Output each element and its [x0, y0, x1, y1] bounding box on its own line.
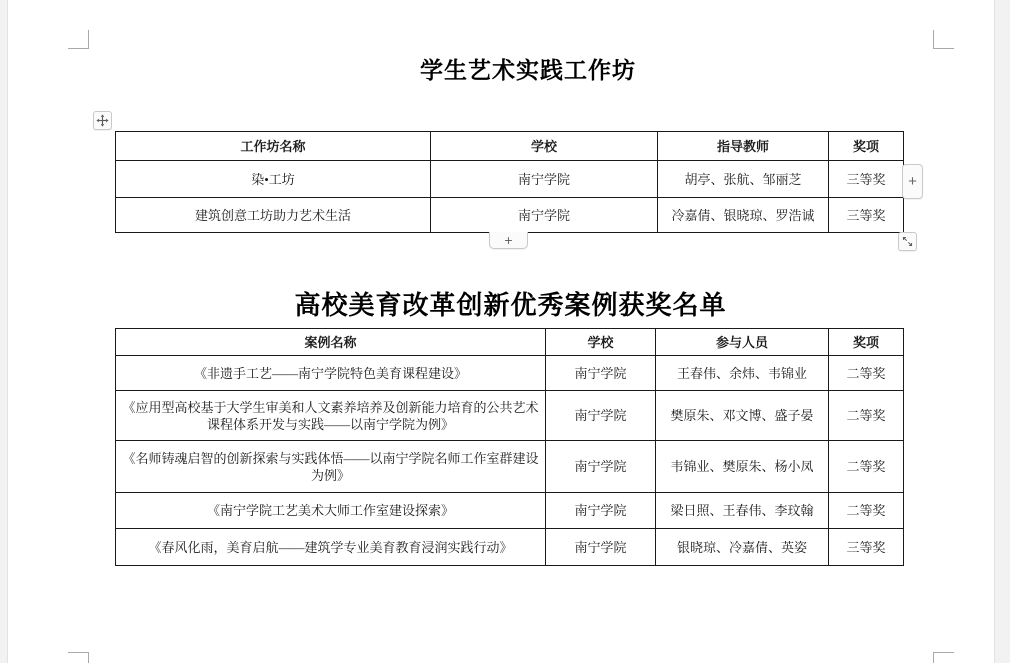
column-header[interactable]: 学校 — [431, 132, 658, 161]
column-header[interactable]: 奖项 — [829, 329, 904, 356]
table-cell[interactable]: 三等奖 — [829, 529, 904, 566]
table-cell[interactable]: 二等奖 — [829, 493, 904, 529]
add-row-button-label: + — [504, 232, 512, 248]
table-row: 《非遗手工艺——南宁学院特色美育课程建设》 南宁学院 王春伟、余炜、韦锦业 二等… — [116, 356, 904, 391]
document-title-cases[interactable]: 高校美育改革创新优秀案例获奖名单 — [88, 285, 933, 322]
table-cell[interactable]: 建筑创意工坊助力艺术生活 — [116, 198, 431, 233]
table-move-handle[interactable] — [93, 111, 112, 130]
add-column-button-label: + — [908, 173, 917, 190]
table-cell[interactable]: 王春伟、余炜、韦锦业 — [656, 356, 829, 391]
table-row: 《应用型高校基于大学生审美和人文素养培养及创新能力培育的公共艺术课程体系开发与实… — [116, 391, 904, 441]
table-header-row: 工作坊名称 学校 指导教师 奖项 — [116, 132, 904, 161]
column-header[interactable]: 案例名称 — [116, 329, 546, 356]
table-cell[interactable]: 梁日照、王春伟、李玟翰 — [656, 493, 829, 529]
case-awards-table: 案例名称 学校 参与人员 奖项 《非遗手工艺——南宁学院特色美育课程建设》 南宁… — [115, 328, 904, 566]
column-header[interactable]: 奖项 — [829, 132, 904, 161]
table-cell[interactable]: 南宁学院 — [546, 493, 656, 529]
page-edge-right — [994, 0, 1010, 663]
table-row: 建筑创意工坊助力艺术生活 南宁学院 冷嘉倩、银晓琼、罗浩诚 三等奖 — [116, 198, 904, 233]
table-cell[interactable]: 胡亭、张航、邹丽芝 — [658, 161, 829, 198]
table-cell[interactable]: 南宁学院 — [546, 391, 656, 441]
table-cell[interactable]: 韦锦业、樊原朱、杨小凤 — [656, 441, 829, 493]
table-cell[interactable]: 冷嘉倩、银晓琼、罗浩诚 — [658, 198, 829, 233]
column-header[interactable]: 学校 — [546, 329, 656, 356]
add-row-button[interactable]: + — [489, 232, 528, 249]
table-cell[interactable]: 《名师铸魂启智的创新探索与实践体悟——以南宁学院名师工作室群建设为例》 — [116, 441, 546, 493]
table-cell[interactable]: 三等奖 — [829, 198, 904, 233]
table-cell[interactable]: 南宁学院 — [546, 356, 656, 391]
table-row: 《春风化雨，美育启航——建筑学专业美育教育浸润实践行动》 南宁学院 银晓琼、冷嘉… — [116, 529, 904, 566]
table-cell[interactable]: 银晓琼、冷嘉倩、英姿 — [656, 529, 829, 566]
resize-diagonal-icon — [901, 235, 914, 248]
document-title-workshops[interactable]: 学生艺术实践工作坊 — [88, 52, 968, 85]
column-header[interactable]: 参与人员 — [656, 329, 829, 356]
table-cell[interactable]: 二等奖 — [829, 441, 904, 493]
table-cell[interactable]: 《春风化雨，美育启航——建筑学专业美育教育浸润实践行动》 — [116, 529, 546, 566]
table-cell[interactable]: 染•工坊 — [116, 161, 431, 198]
table-cell[interactable]: 《南宁学院工艺美术大师工作室建设探索》 — [116, 493, 546, 529]
table-cell[interactable]: 南宁学院 — [431, 198, 658, 233]
table-cell[interactable]: 《非遗手工艺——南宁学院特色美育课程建设》 — [116, 356, 546, 391]
column-header[interactable]: 指导教师 — [658, 132, 829, 161]
table-resize-handle[interactable] — [898, 232, 917, 251]
table-row: 染•工坊 南宁学院 胡亭、张航、邹丽芝 三等奖 — [116, 161, 904, 198]
workshop-awards-table: 工作坊名称 学校 指导教师 奖项 染•工坊 南宁学院 胡亭、张航、邹丽芝 三等奖… — [115, 131, 904, 233]
page-margin-mark-bottom-left — [68, 652, 89, 663]
table-cell[interactable]: 南宁学院 — [431, 161, 658, 198]
table-row: 《南宁学院工艺美术大师工作室建设探索》 南宁学院 梁日照、王春伟、李玟翰 二等奖 — [116, 493, 904, 529]
page-margin-mark-top-left — [68, 30, 89, 49]
table-cell[interactable]: 南宁学院 — [546, 529, 656, 566]
document-page: 学生艺术实践工作坊 工作坊名称 学校 指导教师 奖项 染•工坊 — [0, 0, 1010, 663]
page-margin-mark-top-right — [933, 30, 954, 49]
table-cell[interactable]: 樊原朱、邓文博、盛子晏 — [656, 391, 829, 441]
page-edge-left — [0, 0, 8, 663]
move-cross-icon — [96, 114, 109, 127]
table-cell[interactable]: 二等奖 — [829, 391, 904, 441]
table-header-row: 案例名称 学校 参与人员 奖项 — [116, 329, 904, 356]
add-column-button[interactable]: + — [902, 164, 923, 199]
table-cell[interactable]: 《应用型高校基于大学生审美和人文素养培养及创新能力培育的公共艺术课程体系开发与实… — [116, 391, 546, 441]
table-cell[interactable]: 三等奖 — [829, 161, 904, 198]
table-row: 《名师铸魂启智的创新探索与实践体悟——以南宁学院名师工作室群建设为例》 南宁学院… — [116, 441, 904, 493]
page-margin-mark-bottom-right — [933, 652, 954, 663]
column-header[interactable]: 工作坊名称 — [116, 132, 431, 161]
table-cell[interactable]: 二等奖 — [829, 356, 904, 391]
table-cell[interactable]: 南宁学院 — [546, 441, 656, 493]
